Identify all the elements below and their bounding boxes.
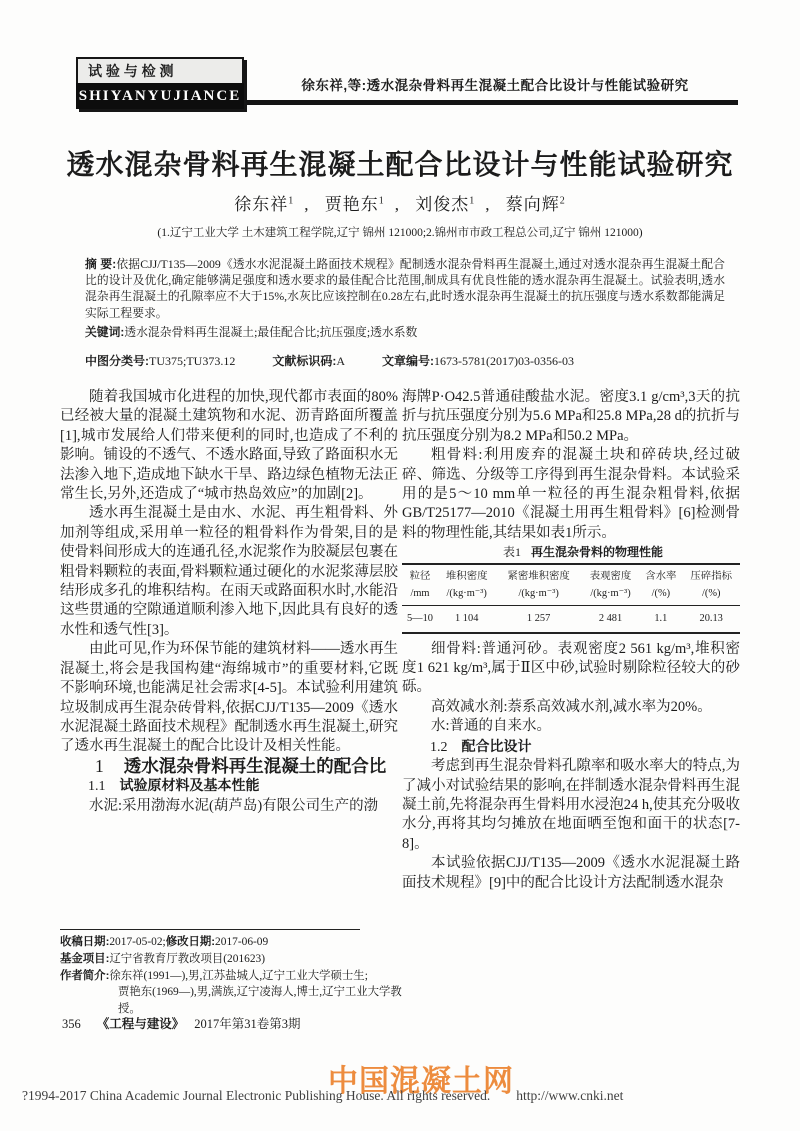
body-paragraph: 本试验依据CJJ/T135—2009《透水水泥混凝土路面技术规程》[9]中的配合…	[402, 854, 740, 893]
abstract: 摘 要:依据CJJ/T135—2009《透水水泥混凝土路面技术规程》配制透水混杂…	[85, 256, 725, 321]
bio-line-1: 作者简介:徐东祥(1991—),男,江苏盐城人,辽宁工业大学硕士生;	[60, 968, 405, 985]
body-paragraph: 由此可见,作为环保节能的建筑材料——透水再生混凝土,将会是我国构建“海绵城市”的…	[60, 640, 398, 756]
copyright-line: ?1994-2017 China Academic Journal Electr…	[22, 1088, 782, 1104]
body-paragraph: 粗骨料:利用废弃的混凝土块和碎砖块,经过破碎、筛选、分级等工序得到再生混杂骨料。…	[402, 446, 740, 543]
col-header: 堆积密度	[438, 564, 496, 585]
revised-value: 2017-06-09	[215, 936, 268, 948]
bio-line-2: 贾艳东(1969—),男,满族,辽宁凌海人,博士,辽宁工业大学教授。	[60, 984, 405, 1018]
doc-code-label: 文献标识码:	[272, 354, 336, 368]
page-footer: 356《工程与建设》2017年第31卷第3期	[62, 1014, 301, 1032]
column-label-cn: 试 验 与 检 测	[76, 57, 244, 83]
cell-moisture: 1.1	[639, 605, 682, 633]
journal-name: 《工程与建设》	[97, 1017, 185, 1031]
col-header: 含水率	[639, 564, 682, 585]
copyright-text: ?1994-2017 China Academic Journal Electr…	[22, 1088, 490, 1103]
col-unit: /(%)	[682, 585, 740, 606]
right-column: 海牌P·O42.5普通硅酸盐水泥。密度3.1 g/cm³,3天的抗折与抗压强度分…	[402, 388, 740, 893]
article-id-value: 1673-5781(2017)03-0356-03	[434, 354, 574, 368]
bio-value-1: 徐东祥(1991—),男,江苏盐城人,辽宁工业大学硕士生;	[109, 970, 368, 982]
column-label-pinyin: SHIYANYUJIANCE	[76, 83, 244, 109]
section-heading-1-1: 1.1试验原材料及基本性能	[60, 776, 398, 796]
running-head: 徐东祥,等:透水混杂骨料再生混凝土配合比设计与性能试验研究	[252, 74, 738, 94]
body-paragraph: 考虑到再生混杂骨料孔隙率和吸水率大的特点,为了减小对试验结果的影响,在拌制透水混…	[402, 757, 740, 854]
author-line: 徐东祥1, 贾艳东1, 刘俊杰1, 蔡向辉2	[60, 190, 740, 215]
issue-text: 2017年第31卷第3期	[194, 1017, 300, 1031]
fund-label: 基金项目:	[60, 953, 109, 965]
article-id-label: 文章编号:	[382, 354, 434, 368]
cell-bulk-density: 1 104	[438, 605, 496, 633]
cell-size: 5—10	[402, 605, 438, 633]
fund-line: 基金项目:辽宁省教育厅教改项目(201623)	[60, 951, 405, 968]
author: 徐东祥1	[234, 195, 294, 214]
author: 刘俊杰1	[415, 195, 475, 214]
body-paragraph: 透水再生混凝土是由水、水泥、再生粗骨料、外加剂等组成,采用单一粒径的粗骨料作为骨…	[60, 504, 398, 640]
received-value: 2017-05-02;	[109, 936, 165, 948]
abstract-block: 摘 要:依据CJJ/T135—2009《透水水泥混凝土路面技术规程》配制透水混杂…	[85, 256, 725, 340]
page-number: 356	[62, 1017, 81, 1031]
cnki-url: http://www.cnki.net	[516, 1088, 623, 1103]
body-paragraph: 随着我国城市化进程的加快,现代都市表面的80%已经被大量的混凝土建筑物和水泥、沥…	[60, 388, 398, 504]
body-paragraph: 细骨料:普通河砂。表观密度2 561 kg/m³,堆积密度1 621 kg/m³…	[402, 640, 740, 698]
col-header: 粒径	[402, 564, 438, 585]
abstract-text: 依据CJJ/T135—2009《透水水泥混凝土路面技术规程》配制透水混杂骨料再生…	[85, 257, 725, 320]
meta-line: 中图分类号:TU375;TU373.12 文献标识码:A 文章编号:1673-5…	[85, 352, 725, 369]
affiliation: (1.辽宁工业大学 土木建筑工程学院,辽宁 锦州 121000;2.锦州市市政工…	[60, 224, 740, 240]
received-label: 收稿日期:	[60, 936, 109, 948]
author-separator: ,	[475, 195, 500, 214]
table-caption: 表1再生混杂骨料的物理性能	[402, 543, 740, 562]
column-label-cn-text: 试 验 与 检 测	[88, 61, 174, 81]
keywords-label: 关键词:	[85, 325, 124, 339]
author-separator: ,	[385, 195, 410, 214]
received-date-line: 收稿日期:2017-05-02;修改日期:2017-06-09	[60, 934, 405, 951]
table-unit-row: /mm /(kg·m⁻³) /(kg·m⁻³) /(kg·m⁻³) /(%) /…	[402, 585, 740, 606]
column-label-box: 试 验 与 检 测 SHIYANYUJIANCE	[76, 57, 244, 109]
cell-compact-density: 1 257	[495, 605, 581, 633]
bio-label: 作者简介:	[60, 970, 109, 982]
body-paragraph: 高效减水剂:萘系高效减水剂,减水率为20%。	[402, 698, 740, 717]
body-paragraph: 海牌P·O42.5普通硅酸盐水泥。密度3.1 g/cm³,3天的抗折与抗压强度分…	[402, 388, 740, 446]
cell-crush-index: 20.13	[682, 605, 740, 633]
body-paragraph: 水:普通的自来水。	[402, 717, 740, 736]
clc-label: 中图分类号:	[85, 354, 149, 368]
clc-value: TU375;TU373.12	[149, 354, 235, 368]
header-rule	[246, 100, 738, 105]
author: 蔡向辉2	[506, 195, 566, 214]
section-heading-1: 1透水混杂骨料再生混凝土的配合比	[60, 757, 398, 776]
author-separator: ,	[294, 195, 319, 214]
footnote-rule	[60, 929, 360, 930]
page-title: 透水混杂骨料再生混凝土配合比设计与性能试验研究	[40, 143, 760, 183]
table-header-row: 粒径 堆积密度 紧密堆积密度 表观密度 含水率 压碎指标	[402, 564, 740, 585]
col-unit: /(kg·m⁻³)	[438, 585, 496, 606]
abstract-label: 摘 要:	[85, 257, 116, 271]
keywords-text: 透水混杂骨料再生混凝土;最佳配合比;抗压强度;透水系数	[124, 325, 417, 339]
col-header: 表观密度	[582, 564, 640, 585]
col-unit: /(kg·m⁻³)	[495, 585, 581, 606]
footnote-block: 收稿日期:2017-05-02;修改日期:2017-06-09 基金项目:辽宁省…	[60, 929, 405, 1018]
doc-code-value: A	[336, 354, 345, 368]
fund-value: 辽宁省教育厅教改项目(201623)	[109, 953, 265, 965]
cell-apparent-density: 2 481	[582, 605, 640, 633]
col-unit: /(kg·m⁻³)	[582, 585, 640, 606]
col-unit: /(%)	[639, 585, 682, 606]
left-column: 随着我国城市化进程的加快,现代都市表面的80%已经被大量的混凝土建筑物和水泥、沥…	[60, 388, 398, 816]
col-header: 紧密堆积密度	[495, 564, 581, 585]
col-unit: /mm	[402, 585, 438, 606]
revised-label: 修改日期:	[166, 936, 215, 948]
table-row: 5—10 1 104 1 257 2 481 1.1 20.13	[402, 605, 740, 633]
physical-properties-table: 粒径 堆积密度 紧密堆积密度 表观密度 含水率 压碎指标 /mm /(kg·m⁻…	[402, 563, 740, 634]
section-heading-1-2: 1.2配合比设计	[402, 737, 740, 757]
keywords: 关键词:透水混杂骨料再生混凝土;最佳配合比;抗压强度;透水系数	[85, 324, 725, 340]
col-header: 压碎指标	[682, 564, 740, 585]
body-paragraph: 水泥:采用渤海水泥(葫芦岛)有限公司生产的渤	[60, 797, 398, 816]
journal-page: 试 验 与 检 测 SHIYANYUJIANCE 徐东祥,等:透水混杂骨料再生混…	[0, 0, 800, 1131]
author: 贾艳东1	[325, 195, 385, 214]
